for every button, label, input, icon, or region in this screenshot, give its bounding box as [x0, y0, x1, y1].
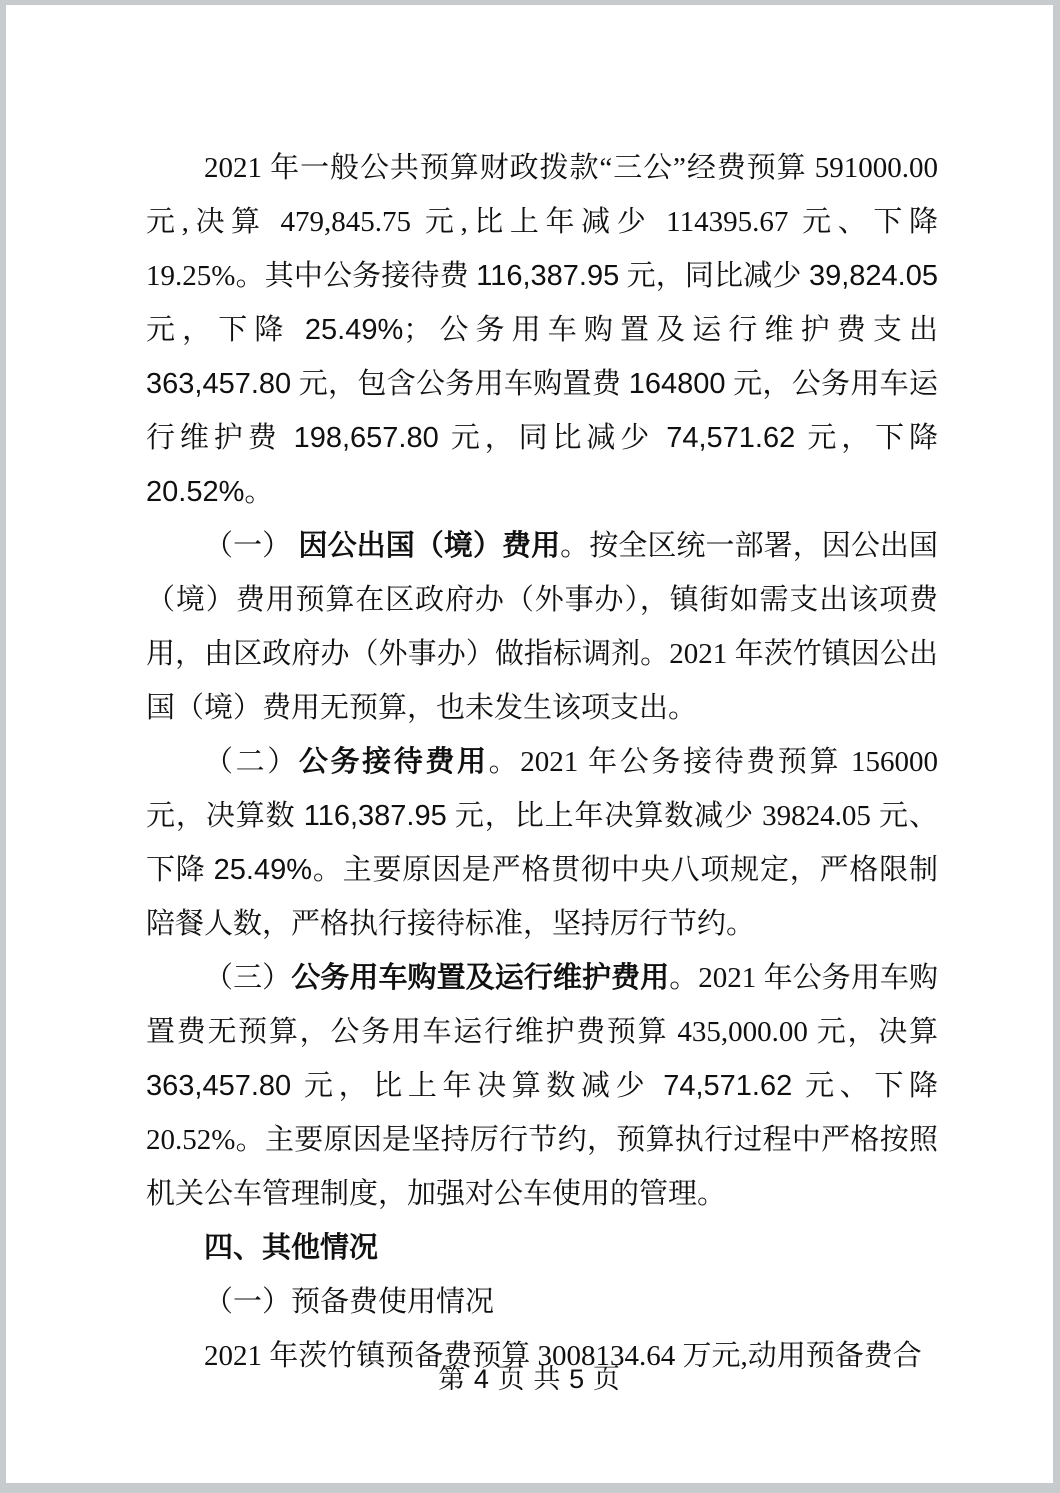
text-run-sans: 5 — [569, 1364, 585, 1394]
text-run-serif: （二） — [204, 746, 299, 778]
text-run-sans: 4 — [474, 1364, 490, 1394]
text-run-serif: 。 — [244, 476, 273, 508]
text-run-serif: 页 共 — [490, 1364, 569, 1394]
text-run-serif: （一）预备费使用情况 — [204, 1286, 494, 1318]
text-run-serif: 元，下降 — [146, 314, 305, 346]
text-run-serif: 元，比上年决算数减少 — [291, 1070, 663, 1102]
text-run-sans: 39,824.05 — [809, 260, 938, 292]
text-run-sans: 363,457.80 — [146, 368, 291, 400]
text-run-sans: 116,387.95 — [304, 800, 447, 832]
para-section-3-vehicles: （三）公务用车购置及运行维护费用。2021 年公务用车购置费无预算，公务用车运行… — [146, 951, 938, 1221]
heading-other-situations: 四、其他情况 — [146, 1221, 938, 1275]
text-run-serif: （一） — [204, 530, 299, 562]
para-section-1-abroad: （一） 因公出国（境）费用。按全区统一部署，因公出国（境）费用预算在区政府办（外… — [146, 519, 938, 735]
text-run-serif: 元，同比减少 — [619, 260, 809, 292]
text-run-serif: 元，包含公务用车购置费 — [291, 368, 629, 400]
text-run-bold: 因公出国（境）费用 — [299, 530, 561, 562]
screenshot-canvas: 2021 年一般公共预算财政拨款“三公”经费预算 591000.00 元,决算 … — [0, 0, 1060, 1493]
text-run-sans: 116,387.95 — [476, 260, 619, 292]
text-run-sans: 20.52% — [146, 476, 244, 508]
document-body: 2021 年一般公共预算财政拨款“三公”经费预算 591000.00 元,决算 … — [146, 141, 938, 1383]
text-run-bold: 公务接待费用 — [299, 746, 489, 778]
text-run-serif: 页 — [585, 1364, 621, 1394]
footer-page-indicator: 第 4 页 共 5 页 — [6, 1363, 1053, 1395]
text-run-sans: 363,457.80 — [146, 1070, 291, 1102]
text-run-sans: 198,657.80 — [294, 422, 439, 454]
page-footer: 第 4 页 共 5 页 — [6, 1363, 1053, 1395]
text-run-sans: 74,571.62 — [666, 422, 795, 454]
subheading-reserve-fund-usage: （一）预备费使用情况 — [146, 1275, 938, 1329]
text-run-bold: 公务用车购置及运行维护费用 — [291, 962, 669, 994]
text-run-sans: 25.49% — [305, 314, 403, 346]
text-run-sans: 74,571.62 — [663, 1070, 792, 1102]
text-run-serif: 第 — [438, 1364, 474, 1394]
text-run-serif: 元，同比减少 — [439, 422, 666, 454]
para-sangong-overview: 2021 年一般公共预算财政拨款“三公”经费预算 591000.00 元,决算 … — [146, 141, 938, 519]
text-run-serif: （三） — [204, 962, 291, 994]
text-run-sans: 164800 — [629, 368, 726, 400]
document-page: 2021 年一般公共预算财政拨款“三公”经费预算 591000.00 元,决算 … — [6, 5, 1053, 1483]
text-run-serif: ；公务用车购置及运行维护费支出 — [403, 314, 938, 346]
para-section-2-reception: （二）公务接待费用。2021 年公务接待费预算 156000 元，决算数 116… — [146, 735, 938, 951]
text-run-sans: 25.49% — [214, 854, 312, 886]
text-run-hei: 四、其他情况 — [204, 1232, 378, 1264]
text-run-serif: 元，下降 — [795, 422, 938, 454]
